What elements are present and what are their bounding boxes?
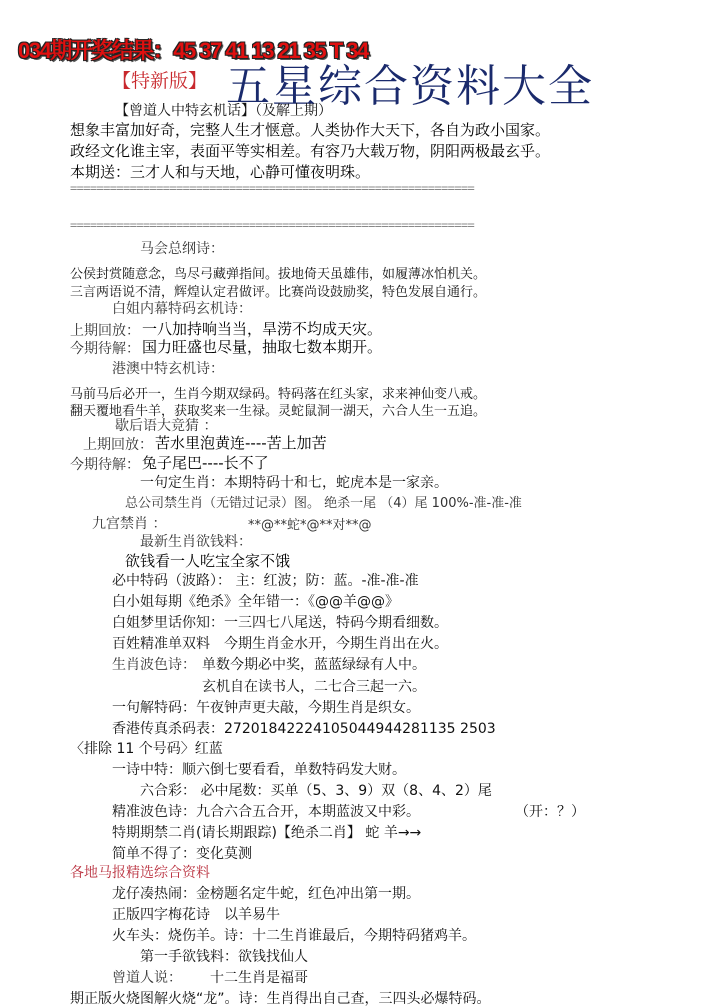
zeng-line-1: 想象丰富加好奇，完整人生才惬意。人类协作大天下，各自为政小国家。 — [70, 119, 550, 140]
separator: ========================================… — [70, 181, 590, 195]
jiugong-value: **@**蛇*@**对**@ — [248, 514, 372, 533]
meihua-line: 正版四字梅花诗 以羊易牛 — [112, 904, 280, 924]
jiandan-line: 简单不得了：变化莫测 — [112, 843, 252, 863]
baijie-this-label: 今期待解： — [70, 338, 140, 358]
bose-label: 生肖波色诗： — [112, 654, 196, 674]
zengdao-text: 十二生肖是福哥 — [210, 967, 308, 987]
huoche-line: 火车头：烧伤羊。诗：十二生肖谁最后，今期特码猪鸡羊。 — [112, 925, 476, 945]
paichu-line: 〈排除 11 个号码〉红蓝 — [70, 738, 223, 758]
bose-line-1: 单数今期必中奖，蓝蓝绿绿有人中。 — [202, 654, 426, 674]
chuanzhen-line: 香港传真杀码表：27201842224105044944281135 2503 — [112, 718, 496, 738]
mahui-heading: 马会总纲诗： — [140, 238, 224, 258]
zeng-heading: 【曾道人中特玄机话】（及解上期） — [115, 100, 332, 120]
edition-label: 【特新版】 — [112, 66, 207, 93]
mahui-line-1: 公侯封赏随意念，鸟尽弓藏弹指间。拔地倚天虽雄伟，如履薄冰怕机关。 — [70, 263, 486, 282]
zeng-line-2: 政经文化谁主宰，表面平等实相差。有容乃大载万物，阴阳两极最玄乎。 — [70, 140, 550, 161]
huoshao-line: 期正版火烧图解火烧“龙”。诗：生肖得出自己查，三四头必爆特码。 — [70, 988, 491, 1008]
yuqian-text: 欲钱看一人吃宝全家不饿 — [125, 550, 290, 571]
longzai-line: 龙仔凑热闹：金榜题名定牛蛇，红色冲出第一期。 — [112, 883, 420, 903]
gedi-heading: 各地马报精选综合资料 — [70, 862, 210, 882]
xiehouyu-last-text: 苦水里泡黄连----苦上加苦 — [155, 432, 327, 453]
yijujie-line: 一句解特码：午夜钟声更夫敲，今期生肖是织女。 — [112, 697, 420, 717]
kai-note: （开：？） — [515, 801, 585, 821]
yishi-line: 一诗中特：顺六倒七要看看，单数特码发大财。 — [112, 759, 406, 779]
baixing-line: 百姓精准单双料 今期生肖金水开，今期生肖出在火。 — [112, 633, 448, 653]
zonggongsi-line: 总公司禁生肖（无错过记录）图。 绝杀一尾 （4）尾 100%-准-准-准 — [125, 492, 522, 511]
xiehouyu-last-label: 上期回放： — [83, 434, 153, 454]
diyishou-line: 第一手欲钱料：欲钱找仙人 — [140, 946, 308, 966]
xiehouyu-this-label: 今期待解： — [70, 454, 140, 474]
gangao-heading: 港澳中特玄机诗： — [112, 358, 224, 378]
bizhong-line: 必中特码（波路）： 主：红波；防：蓝。-准-准-准 — [112, 570, 419, 590]
bose-line-2: 玄机自在读书人，二七合三起一六。 — [202, 676, 426, 696]
baijie-this-text: 国力旺盛也尽量，抽取七数本期开。 — [142, 336, 382, 357]
mengli-line: 白姐梦里话你知：一三四七八尾送，特码今期看细数。 — [112, 612, 448, 632]
jingzhun-line: 精准波色诗：九合六合五合开，本期蓝波又中彩。 — [112, 801, 420, 821]
baijie-heading: 白姐内幕特码玄机诗： — [112, 298, 252, 318]
yiju-shengxiao: 一句定生肖：本期特码十和七，蛇虎本是一家亲。 — [140, 472, 448, 492]
baijie-last-label: 上期回放： — [70, 320, 140, 340]
separator: ========================================… — [70, 218, 590, 232]
yuqian-heading: 最新生肖欲钱料： — [140, 531, 252, 551]
liuhecai-line: 六合彩： 必中尾数：买单（5、3、9）双（8、4、2）尾 — [140, 780, 492, 800]
jiugong-label: 九宫禁肖 ： — [92, 513, 166, 533]
baixiaojie-line: 白小姐每期《绝杀》全年错一：《@@羊@@》 — [112, 591, 399, 611]
xiehouyu-this-text: 兔子尾巴----长不了 — [142, 452, 269, 473]
zeng-line-3: 本期送：三才人和与天地，心静可懂夜明珠。 — [70, 161, 370, 182]
zengdao-label: 曾道人说： — [112, 967, 182, 987]
erxiao-line: 特期期禁二肖(请长期跟踪)【绝杀二肖】 蛇 羊→→ — [112, 822, 421, 842]
